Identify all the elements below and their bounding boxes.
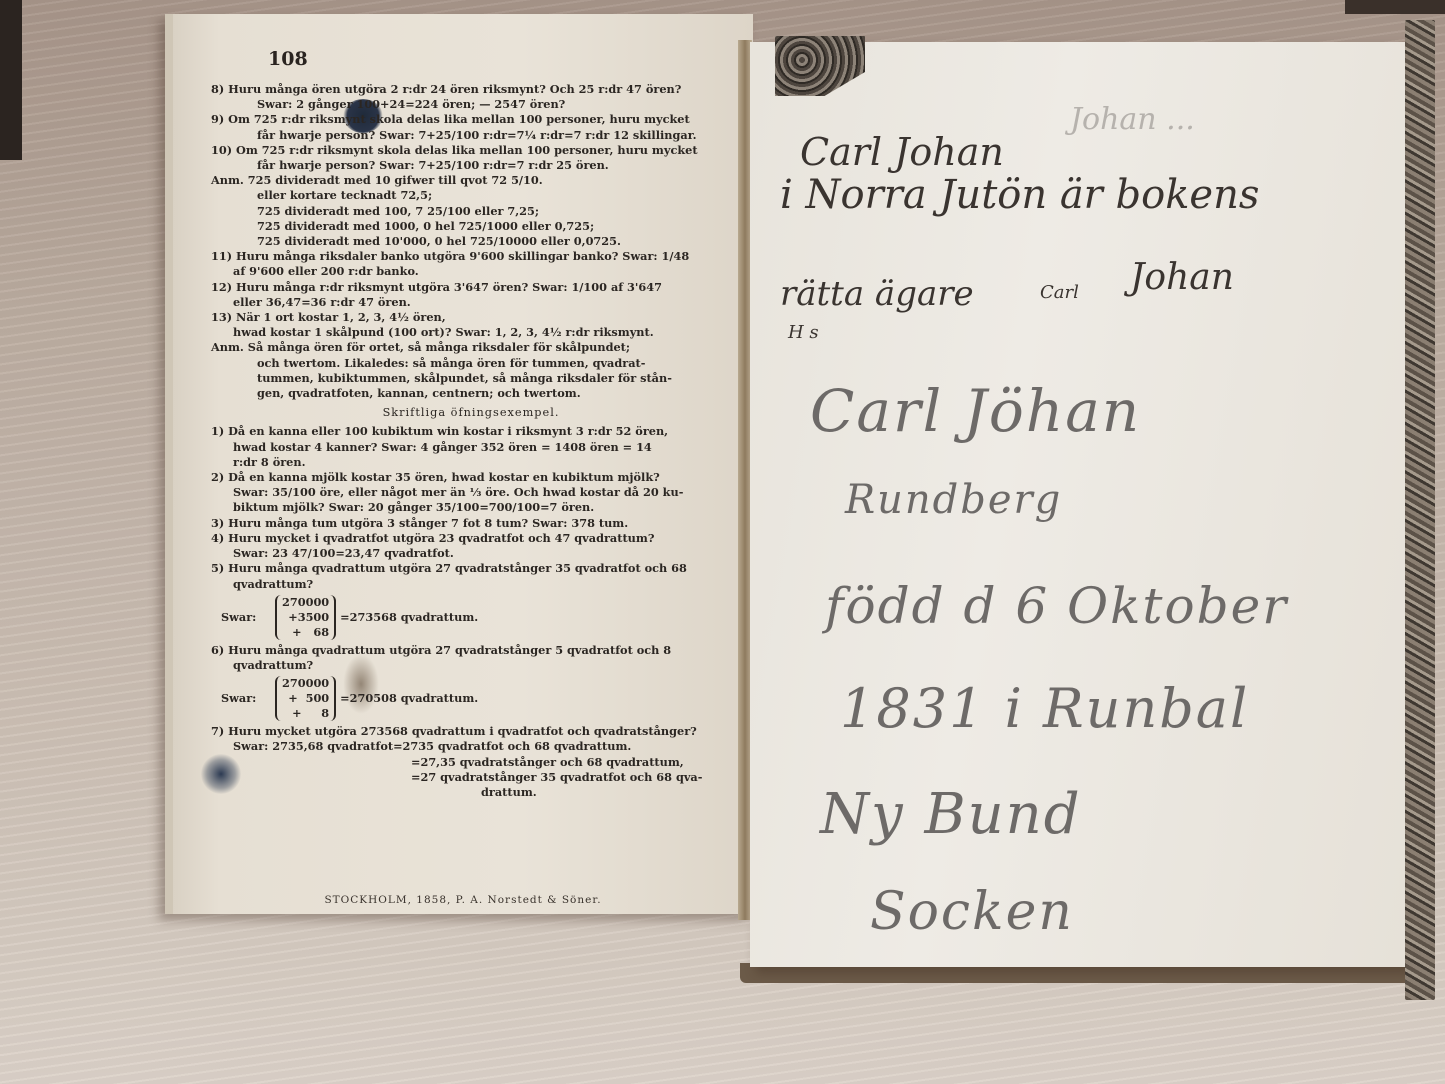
- printed-line: gen, qvadratfoten, kannan, centnern; och…: [211, 386, 731, 401]
- sum-term: + 68: [282, 625, 329, 640]
- printed-line: Swar: 2 gånger 100+24=224 ören; — 2547 ö…: [211, 97, 731, 112]
- exercise-line: =27 qvadratstånger 35 qvadratfot och 68 …: [211, 770, 731, 785]
- printed-line: hwad kostar 1 skålpund (100 ort)? Swar: …: [211, 325, 731, 340]
- marbled-cover-edge: [1405, 20, 1435, 1000]
- printed-line: får hwarje person? Swar: 7+25/100 r:dr=7…: [211, 128, 731, 143]
- printed-line: 725 divideradt med 10'000, 0 hel 725/100…: [211, 234, 731, 249]
- printed-line: 8) Huru många ören utgöra 2 r:dr 24 ören…: [211, 82, 731, 97]
- ink-inscription: i Norra Jutön är bokens: [780, 172, 1259, 218]
- shadow-corner: [0, 0, 22, 160]
- exercise-line: 1) Då en kanna eller 100 kubiktum win ko…: [211, 424, 731, 439]
- exercise-line: biktum mjölk? Swar: 20 gånger 35/100=700…: [211, 500, 731, 515]
- pencil-inscription: Rundberg: [845, 477, 1062, 523]
- exercise-line: 4) Huru mycket i qvadratfot utgöra 23 qv…: [211, 531, 731, 546]
- ink-inscription: H s: [788, 322, 819, 343]
- printed-line: 10) Om 725 r:dr riksmynt skola delas lik…: [211, 143, 731, 158]
- sum-term: + 8: [282, 706, 329, 721]
- exercise-line: 2) Då en kanna mjölk kostar 35 ören, hwa…: [211, 470, 731, 485]
- pencil-inscription: Carl Jöhan: [810, 377, 1141, 445]
- ink-inscription: Carl Johan: [800, 130, 1004, 174]
- exercise-line: 3) Huru många tum utgöra 3 stånger 7 fot…: [211, 516, 731, 531]
- sum-term: 270000: [282, 595, 329, 610]
- exercise-line: Swar: 35/100 öre, eller något mer än ⅓ ö…: [211, 485, 731, 500]
- printed-line: af 9'600 eller 200 r:dr banko.: [211, 264, 731, 279]
- exercise-line: r:dr 8 ören.: [211, 455, 731, 470]
- printed-line: Anm. Så många ören för ortet, så många r…: [211, 340, 731, 355]
- printed-line: och twertom. Likaledes: så många ören fö…: [211, 356, 731, 371]
- right-handwritten-page: Johan ... Carl Johani Norra Jutön är bok…: [750, 42, 1405, 967]
- printed-line: 13) När 1 ort kostar 1, 2, 3, 4½ ören,: [211, 310, 731, 325]
- printed-line: tummen, kubiktummen, skålpundet, så mång…: [211, 371, 731, 386]
- exercise-line: 7) Huru mycket utgöra 273568 qvadrattum …: [211, 724, 731, 739]
- printed-line: 725 divideradt med 1000, 0 hel 725/1000 …: [211, 219, 731, 234]
- printed-line: 725 divideradt med 100, 7 25/100 eller 7…: [211, 204, 731, 219]
- exercise-line: hwad kostar 4 kanner? Swar: 4 gånger 352…: [211, 440, 731, 455]
- printed-line: eller kortare tecknadt 72,5;: [211, 188, 731, 203]
- sum-term: + 500: [282, 691, 329, 706]
- pencil-inscription: Socken: [870, 882, 1074, 942]
- sum-term: +3500: [282, 610, 329, 625]
- exercise-line: Swar: 2735,68 qvadratfot=2735 qvadratfot…: [211, 739, 731, 754]
- section-heading: Skriftliga öfningsexempel.: [211, 405, 731, 420]
- exercise-line: qvadrattum?: [211, 577, 731, 592]
- exercise-line: 6) Huru många qvadrattum utgöra 27 qvadr…: [211, 643, 731, 658]
- printed-line: Anm. 725 divideradt med 10 gifwer till q…: [211, 173, 731, 188]
- exercise-line: =27,35 qvadratstånger och 68 qvadrattum,: [211, 755, 731, 770]
- exercise-line: 5) Huru många qvadrattum utgöra 27 qvadr…: [211, 561, 731, 576]
- printed-line: 11) Huru många riksdaler banko utgöra 9'…: [211, 249, 731, 264]
- imprint: STOCKHOLM, 1858, P. A. Norstedt & Söner.: [173, 894, 753, 906]
- page-number: 108: [268, 48, 308, 70]
- pencil-inscription: född d 6 Oktober: [825, 577, 1288, 635]
- ink-inscription: rätta ägare: [780, 274, 974, 314]
- answer-6: Swar: 270000+ 500+ 8 =270508 qvadrattum.: [211, 676, 731, 721]
- exercise-line: drattum.: [211, 785, 731, 800]
- printed-line: eller 36,47=36 r:dr 47 ören.: [211, 295, 731, 310]
- answer-5: Swar: 270000+3500+ 68 =273568 qvadrattum…: [211, 595, 731, 640]
- printed-line: 9) Om 725 r:dr riksmynt skola delas lika…: [211, 112, 731, 127]
- left-printed-page: 108 8) Huru många ören utgöra 2 r:dr 24 …: [165, 14, 753, 914]
- pencil-inscription: 1831 i Runbal: [840, 677, 1249, 740]
- ink-inscription: Johan: [1130, 257, 1234, 298]
- pencil-inscription: Ny Bund: [820, 782, 1082, 847]
- exercise-line: qvadrattum?: [211, 658, 731, 673]
- sum-term: 270000: [282, 676, 329, 691]
- exercise-line: Swar: 23 47/100=23,47 qvadratfot.: [211, 546, 731, 561]
- printed-line: får hwarje person? Swar: 7+25/100 r:dr=7…: [211, 158, 731, 173]
- faint-signature: Johan ...: [1070, 102, 1195, 137]
- ink-inscription: Carl: [1040, 282, 1079, 303]
- shadow-top-right: [1345, 0, 1445, 14]
- marbled-corner: [775, 36, 865, 96]
- printed-text: 8) Huru många ören utgöra 2 r:dr 24 ören…: [211, 82, 731, 800]
- printed-line: 12) Huru många r:dr riksmynt utgöra 3'64…: [211, 280, 731, 295]
